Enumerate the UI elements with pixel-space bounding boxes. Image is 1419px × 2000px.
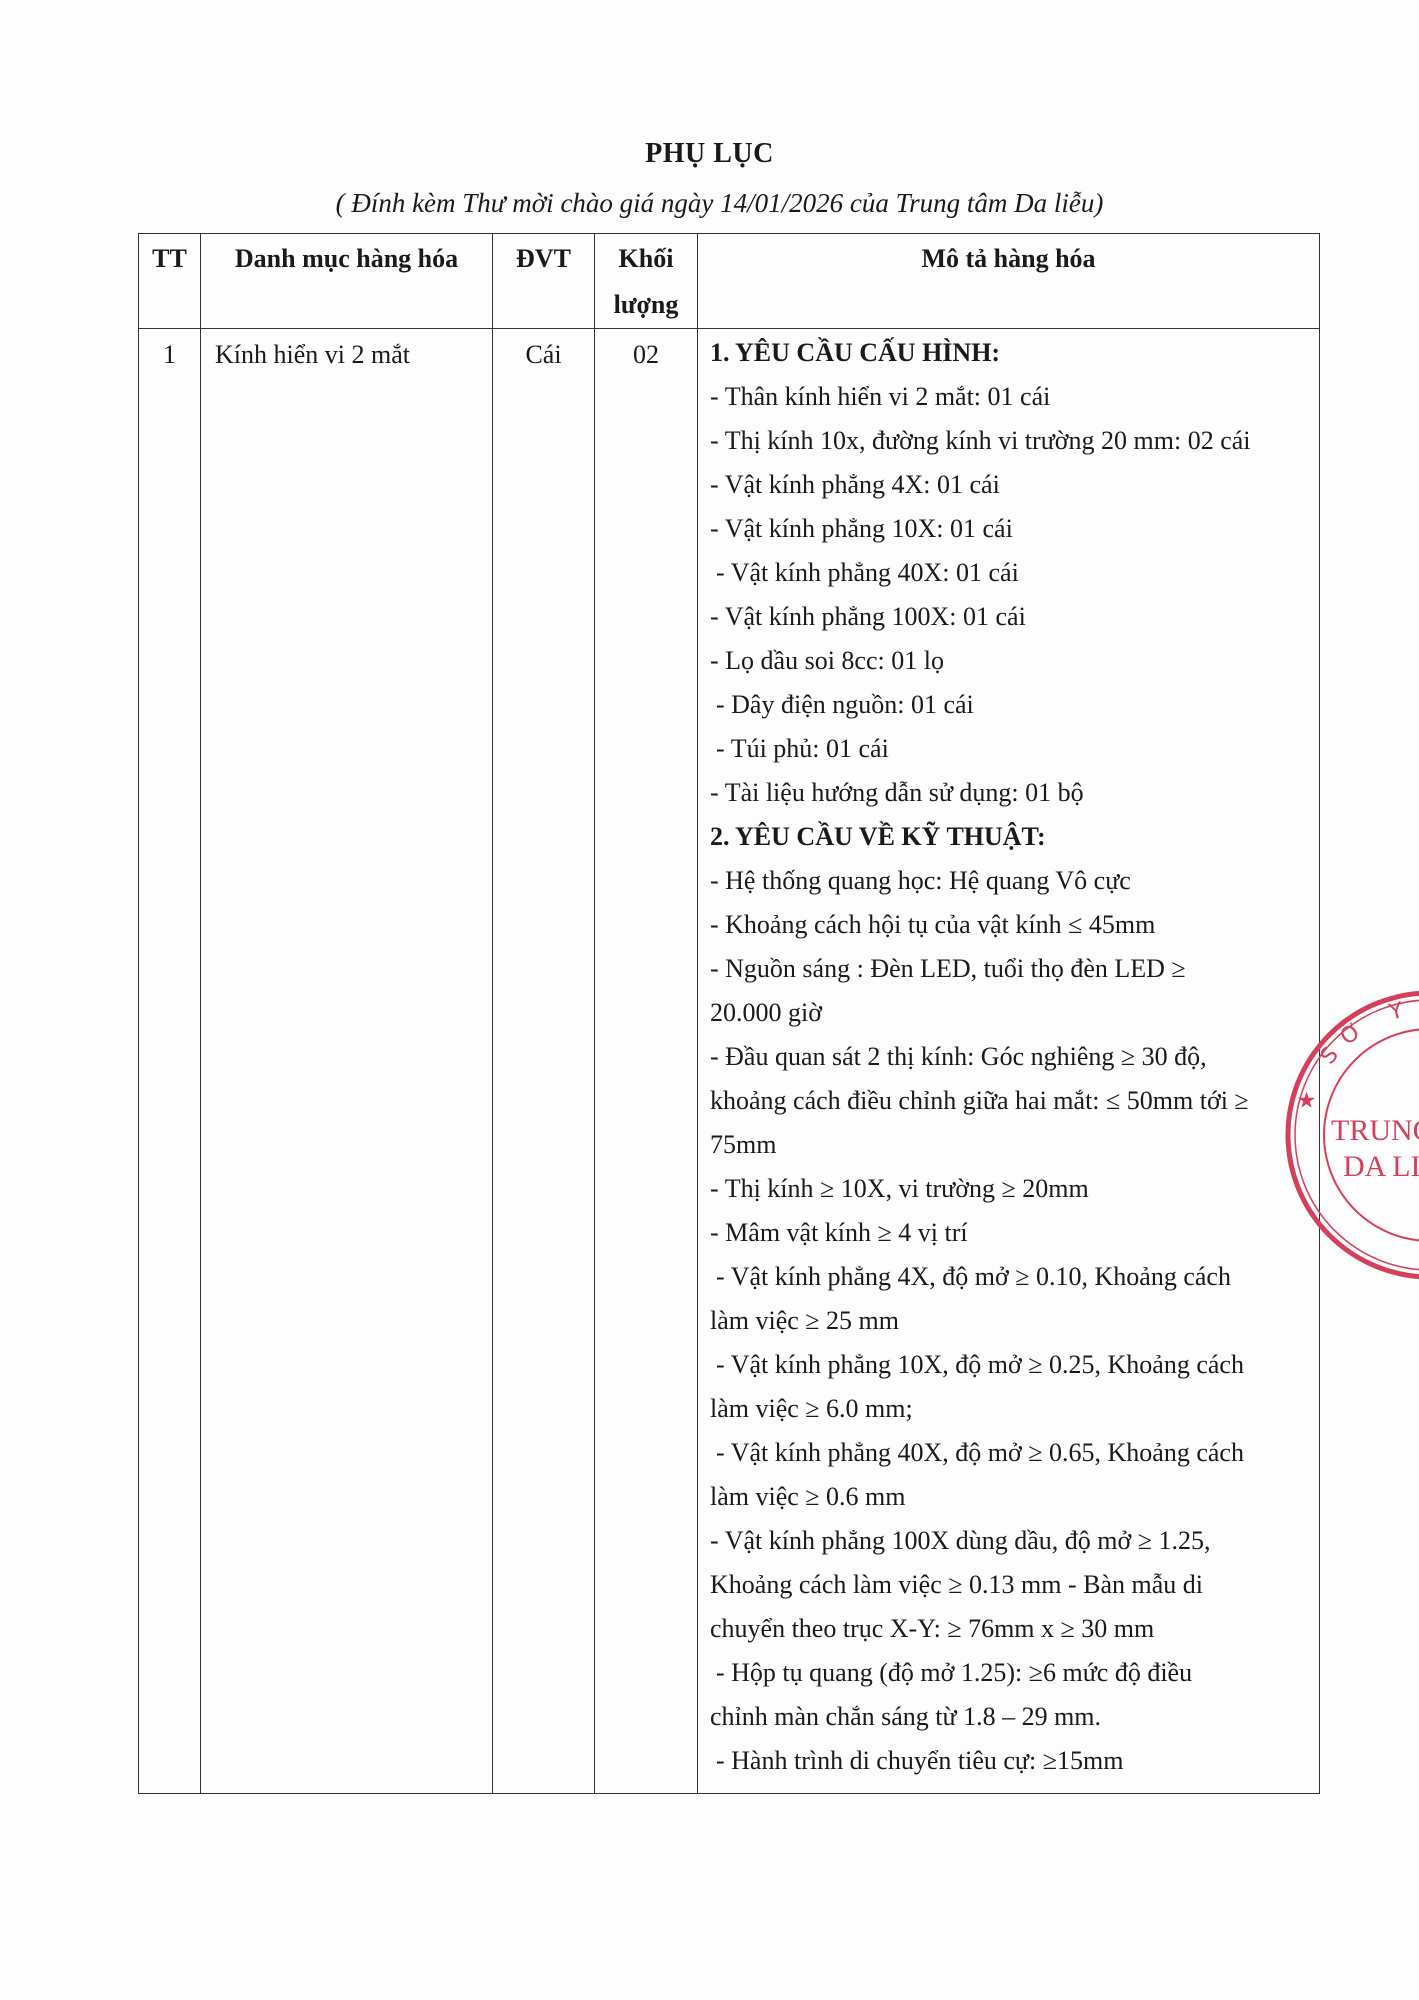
description-line: - Túi phủ: 01 cái [710, 727, 1309, 771]
description-heading: 2. YÊU CẦU VỀ KỸ THUẬT: [710, 815, 1309, 859]
description-line: 75mm [710, 1123, 1309, 1167]
description-line: - Vật kính phẳng 40X: 01 cái [710, 551, 1309, 595]
description-line: - Đầu quan sát 2 thị kính: Góc nghiêng ≥… [710, 1035, 1309, 1079]
description-line: - Vật kính phẳng 4X, độ mở ≥ 0.10, Khoản… [710, 1255, 1309, 1299]
header-desc: Mô tả hàng hóa [698, 234, 1320, 329]
description-line: làm việc ≥ 6.0 mm; [710, 1387, 1309, 1431]
description-line: - Vật kính phẳng 10X, độ mở ≥ 0.25, Khoả… [710, 1343, 1309, 1387]
cell-name: Kính hiển vi 2 mắt [201, 329, 493, 1794]
goods-table: TT Danh mục hàng hóa ĐVT Khối lượng Mô t… [138, 233, 1320, 1794]
description-line: - Vật kính phẳng 4X: 01 cái [710, 463, 1309, 507]
cell-description: 1. YÊU CẦU CẤU HÌNH:- Thân kính hiển vi … [698, 329, 1320, 1794]
description-line: - Vật kính phẳng 10X: 01 cái [710, 507, 1309, 551]
header-qty: Khối lượng [595, 234, 698, 329]
stamp-line-2: DA LI [1343, 1150, 1419, 1183]
description-line: - Vật kính phẳng 100X dùng dầu, độ mở ≥ … [710, 1519, 1309, 1563]
description-line: - Lọ dầu soi 8cc: 01 lọ [710, 639, 1309, 683]
description-line: - Nguồn sáng : Đèn LED, tuổi thọ đèn LED… [710, 947, 1309, 991]
description-line: khoảng cách điều chỉnh giữa hai mắt: ≤ 5… [710, 1079, 1309, 1123]
description-line: - Hệ thống quang học: Hệ quang Vô cực [710, 859, 1309, 903]
description-line: - Vật kính phẳng 40X, độ mở ≥ 0.65, Khoả… [710, 1431, 1309, 1475]
description-line: - Mâm vật kính ≥ 4 vị trí [710, 1211, 1309, 1255]
header-unit: ĐVT [493, 234, 595, 329]
description-line: - Thân kính hiển vi 2 mắt: 01 cái [710, 375, 1309, 419]
description-heading: 1. YÊU CẦU CẤU HÌNH: [710, 331, 1309, 375]
description-line: Khoảng cách làm việc ≥ 0.13 mm - Bàn mẫu… [710, 1563, 1309, 1607]
cell-qty: 02 [595, 329, 698, 1794]
page-title: PHỤ LỤC [0, 138, 1419, 170]
description-line: - Thị kính ≥ 10X, vi trường ≥ 20mm [710, 1167, 1309, 1211]
description-line: chuyển theo trục X-Y: ≥ 76mm x ≥ 30 mm [710, 1607, 1309, 1651]
description-line: - Tài liệu hướng dẫn sử dụng: 01 bộ [710, 771, 1309, 815]
description-line: - Hộp tụ quang (độ mở 1.25): ≥6 mức độ đ… [710, 1651, 1309, 1695]
cell-tt: 1 [139, 329, 201, 1794]
table-row: 1 Kính hiển vi 2 mắt Cái 02 1. YÊU CẦU C… [139, 329, 1320, 1794]
header-name: Danh mục hàng hóa [201, 234, 493, 329]
table-header-row: TT Danh mục hàng hóa ĐVT Khối lượng Mô t… [139, 234, 1320, 329]
description-line: làm việc ≥ 0.6 mm [710, 1475, 1309, 1519]
description-line: làm việc ≥ 25 mm [710, 1299, 1309, 1343]
description-line: - Vật kính phẳng 100X: 01 cái [710, 595, 1309, 639]
page-subtitle: ( Đính kèm Thư mời chào giá ngày 14/01/2… [0, 188, 1419, 219]
description-line: - Khoảng cách hội tụ của vật kính ≤ 45mm [710, 903, 1309, 947]
cell-unit: Cái [493, 329, 595, 1794]
description-line: 20.000 giờ [710, 991, 1309, 1035]
description-line: - Thị kính 10x, đường kính vi trường 20 … [710, 419, 1309, 463]
description-line: - Hành trình di chuyển tiêu cự: ≥15mm [710, 1739, 1309, 1783]
description-line: - Dây điện nguồn: 01 cái [710, 683, 1309, 727]
description-line: chỉnh màn chắn sáng từ 1.8 – 29 mm. [710, 1695, 1309, 1739]
header-tt: TT [139, 234, 201, 329]
stamp-line-1: TRUNG T [1331, 1114, 1419, 1147]
